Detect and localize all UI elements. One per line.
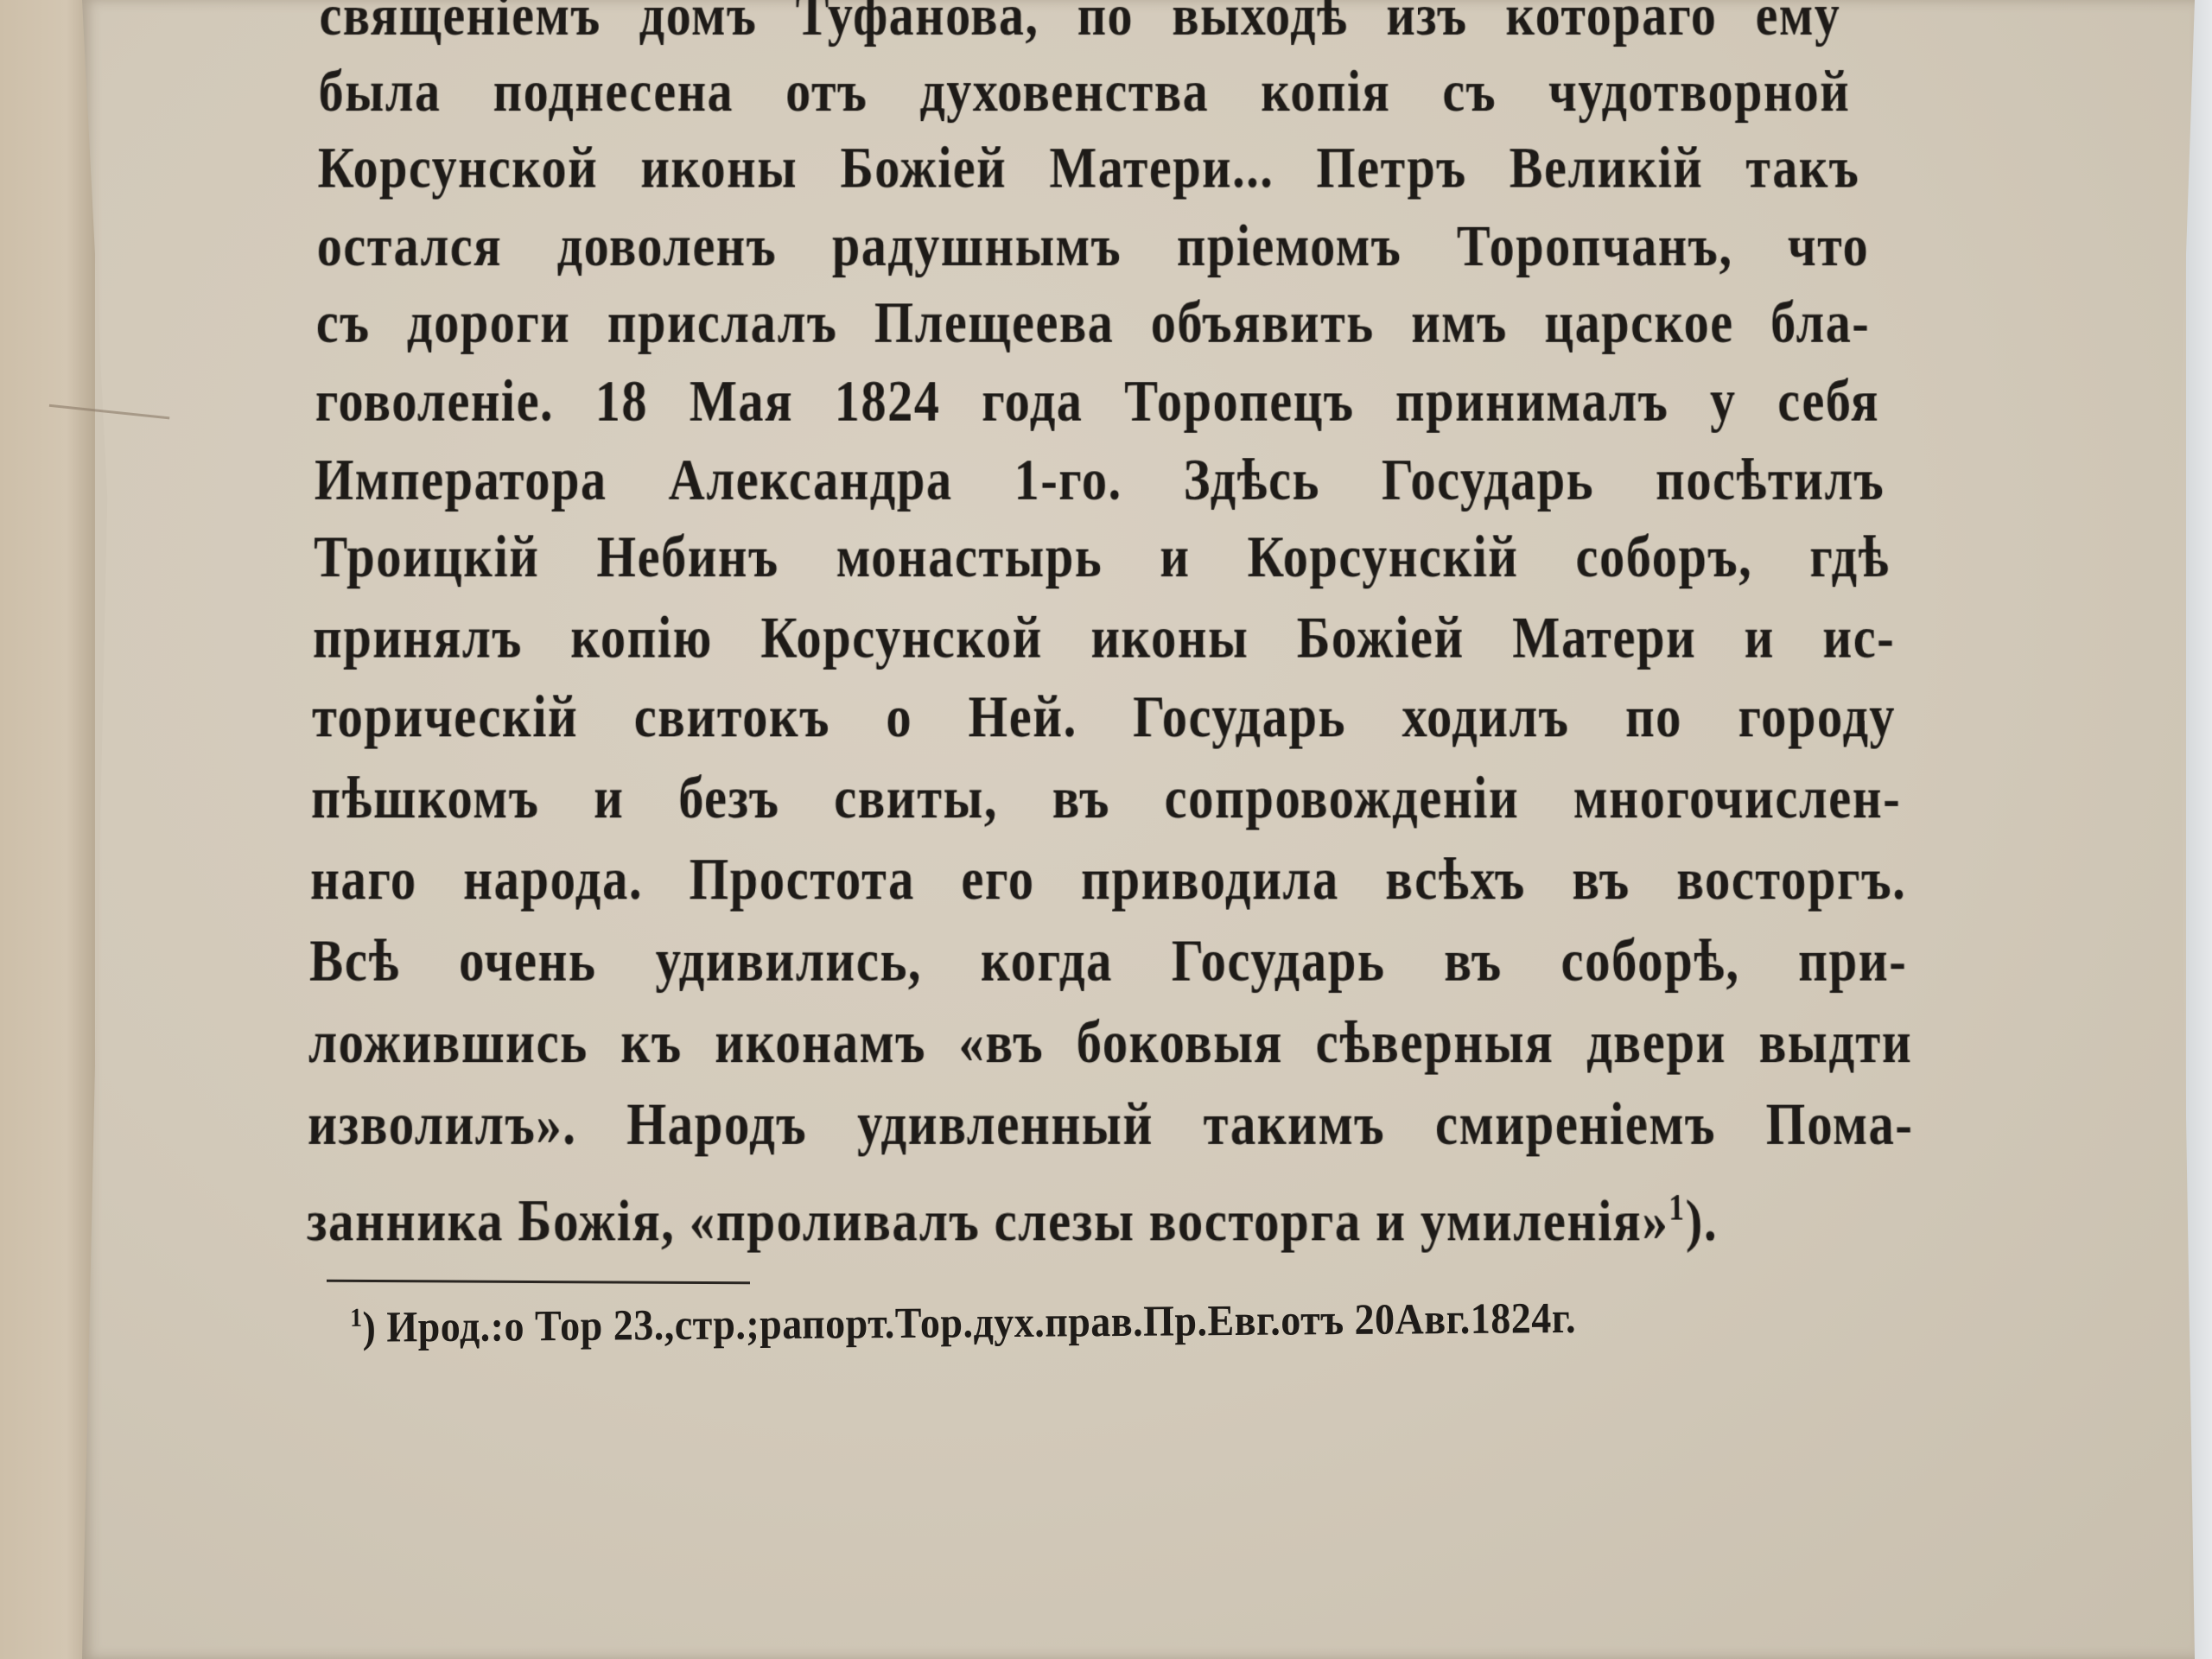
text-line: наго народа. Простота его приводила всѣх… bbox=[310, 844, 1907, 915]
last-line-text: занника Божія, «проливалъ слезы восторга… bbox=[307, 1187, 1669, 1254]
text-line: ложившись къ иконамъ «въ боковыя сѣверны… bbox=[308, 1007, 1913, 1078]
text-line: съ дороги прислалъ Плещеева объявить имъ… bbox=[315, 288, 1870, 358]
text-line: торическій свитокъ о Ней. Государь ходил… bbox=[312, 682, 1897, 753]
text-line: была поднесена отъ духовенства копія съ … bbox=[318, 57, 1850, 127]
footnote-mark: 1 bbox=[350, 1302, 363, 1332]
text-line: Всѣ очень удивились, когда Государь въ с… bbox=[309, 925, 1908, 997]
text-line: принялъ копію Корсунской иконы Божіей Ма… bbox=[313, 603, 1896, 674]
last-line-tail: ). bbox=[1685, 1187, 1718, 1254]
footnote-reference: 1 bbox=[1669, 1188, 1686, 1228]
text-line: Троицкій Небинъ монастырь и Корсунскій с… bbox=[314, 522, 1891, 593]
text-line-last: занника Божія, «проливалъ слезы восторга… bbox=[307, 1173, 1719, 1257]
text-line: Императора Александра 1-го. Здѣсь Госуда… bbox=[315, 445, 1885, 516]
footnote-text: ) Ирод.:о Тор 23.,стр.;рапорт.Тор.дух.пр… bbox=[362, 1294, 1576, 1351]
text-line: священіемъ домъ Туфанова, по выходѣ изъ … bbox=[319, 0, 1841, 51]
text-line: остался доволенъ радушнымъ пріемомъ Торо… bbox=[316, 212, 1869, 282]
text-line: пѣшкомъ и безъ свиты, въ сопровожденіи м… bbox=[311, 763, 1902, 834]
adjacent-page-edge bbox=[0, 0, 95, 1659]
text-line: изволилъ». Народъ удивленный такимъ смир… bbox=[308, 1089, 1914, 1160]
footnote: 1) Ирод.:о Тор 23.,стр.;рапорт.Тор.дух.п… bbox=[350, 1277, 1879, 1356]
text-line: Корсунской иконы Божіей Матери... Петръ … bbox=[317, 133, 1859, 203]
text-line: говоленіе. 18 Мая 1824 года Торопецъ при… bbox=[315, 366, 1879, 436]
